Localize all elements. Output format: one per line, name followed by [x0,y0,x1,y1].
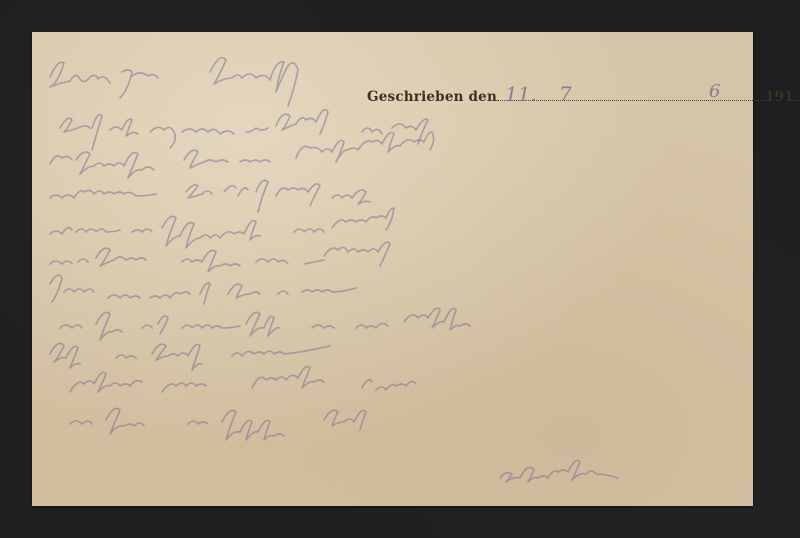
handwritten-month: 7 [559,82,572,106]
postcard: Geschrieben den191 11. 7 6 Lieber Herr S… [32,32,753,506]
printed-date-line: Geschrieben den191 [367,89,800,105]
date-dotted-line [497,90,765,101]
handwritten-year-digit: 6 [709,81,720,102]
printed-year-prefix: 191 [765,89,794,105]
printed-label: Geschrieben den [367,89,497,105]
year-dotted-line [794,90,800,101]
handwritten-day: 11. [505,82,537,106]
